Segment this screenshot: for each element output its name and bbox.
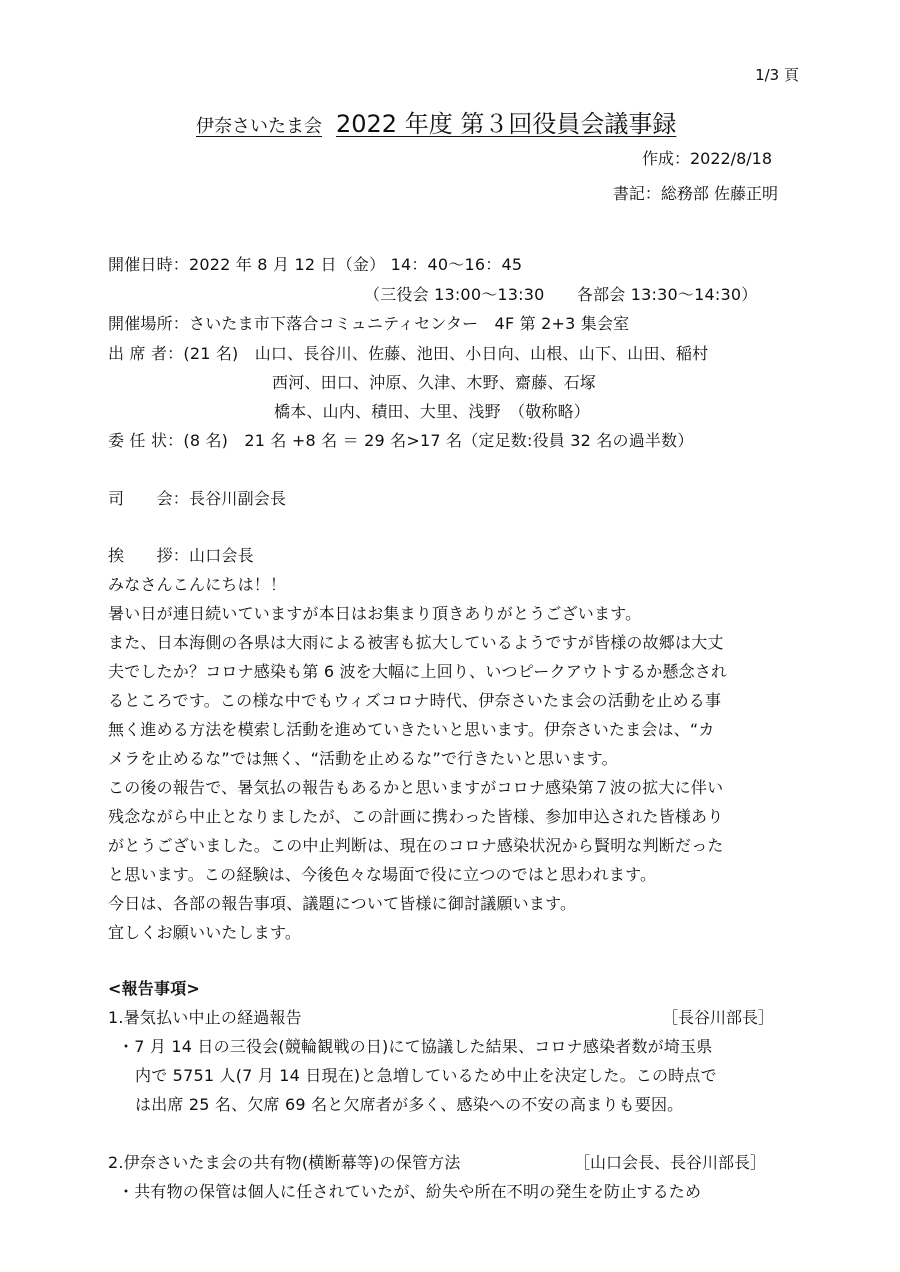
title-main: 2022 年度 第３回役員会議事録 xyxy=(336,110,676,138)
attendees-line-3: 橋本、山内、積田、大里、浅野 （敬称略） xyxy=(274,399,590,422)
created-date: 作成：2022/8/18 xyxy=(642,146,772,169)
greeting-line: がとうございました。この中止判断は、現在のコロナ感染状況から賢明な判断だった xyxy=(108,833,724,856)
report-item-1-title: 1.暑気払い中止の経過報告 xyxy=(108,1005,302,1028)
greeting-line: と思います。この経験は、今後色々な場面で役に立つのではと思われます。 xyxy=(108,862,656,885)
reports-heading: <報告事項> xyxy=(108,976,200,999)
report-item-2-owner: ［山口会長、長谷川部長］ xyxy=(574,1150,766,1173)
greeting-line: 夫でしたか？コロナ感染も第 6 波を大幅に上回り、いつピークアウトするか懸念され xyxy=(108,659,727,682)
document-title: 伊奈さいたま会2022 年度 第３回役員会議事録 xyxy=(196,104,676,139)
title-org: 伊奈さいたま会 xyxy=(196,116,322,137)
greeting-line: 今日は、各部の報告事項、議題について皆様に御討議願います。 xyxy=(108,891,576,914)
greeting-line: 残念ながら中止となりましたが、この計画に携わった皆様、参加申込された皆様あり xyxy=(108,804,723,827)
attendees-line-1: 出 席 者：(21 名) 山口、長谷川、佐藤、池田、小日向、山根、山下、山田、稲… xyxy=(108,341,708,364)
report-item-2-body: ・共有物の保管は個人に任されていたが、紛失や所在不明の発生を防止するため xyxy=(118,1179,701,1202)
meeting-venue: 開催場所：さいたま市下落合コミュニティセンター 4F 第 2+3 集会室 xyxy=(108,311,629,334)
secretary: 書記：総務部 佐藤正明 xyxy=(613,181,778,204)
meeting-datetime: 開催日時：2022 年 8 月 12 日（金） 14：40～16：45 xyxy=(108,252,522,275)
greeting-line: るところです。この様な中でもウィズコロナ時代、伊奈さいたま会の活動を止める事 xyxy=(108,688,721,711)
greeting-line: みなさんこんにちは！！ xyxy=(108,572,286,595)
attendees-line-2: 西河、田口、沖原、久津、木野、齋藤、石塚 xyxy=(272,370,596,393)
pre-sessions: （三役会 13:00～13:30 各部会 13:30～14:30） xyxy=(364,282,757,305)
page-number: 1/3 頁 xyxy=(755,64,799,85)
greeting-line: この後の報告で、暑気払の報告もあるかと思いますがコロナ感染第７波の拡大に伴い xyxy=(108,775,723,798)
report-item-1-owner: ［長谷川部長］ xyxy=(662,1005,774,1028)
report-item-2-title: 2.伊奈さいたま会の共有物(横断幕等)の保管方法 xyxy=(108,1150,461,1173)
greeting-line: また、日本海側の各県は大雨による被害も拡大しているようですが皆様の故郷は大丈 xyxy=(108,630,724,653)
greeting-line: 宜しくお願いいたします。 xyxy=(108,920,301,943)
greeting-line: メラを止めるな”では無く、“活動を止めるな”で行きたいと思います。 xyxy=(108,746,618,769)
greeting-line: 無く進める方法を模索し活動を進めていきたいと思います。伊奈さいたま会は、“カ xyxy=(108,717,715,740)
greeting-line: 暑い日が連日続いていますが本日はお集まり頂きありがとうございます。 xyxy=(108,601,641,624)
proxies: 委 任 状：(8 名) 21 名 +8 名 ＝ 29 名>17 名（定足数:役員… xyxy=(108,428,694,451)
report-item-1-body: 内で 5751 人(7 月 14 日現在)と急増しているため中止を決定した。この… xyxy=(135,1063,717,1086)
greeting-by: 挨 拶：山口会長 xyxy=(108,543,254,566)
report-item-1-body: ・7 月 14 日の三役会(競輪観戦の日)にて協議した結果、コロナ感染者数が埼玉… xyxy=(118,1034,712,1057)
chair: 司 会：長谷川副会長 xyxy=(108,486,286,509)
report-item-1-body: は出席 25 名、欠席 69 名と欠席者が多く、感染への不安の高まりも要因。 xyxy=(135,1092,683,1115)
